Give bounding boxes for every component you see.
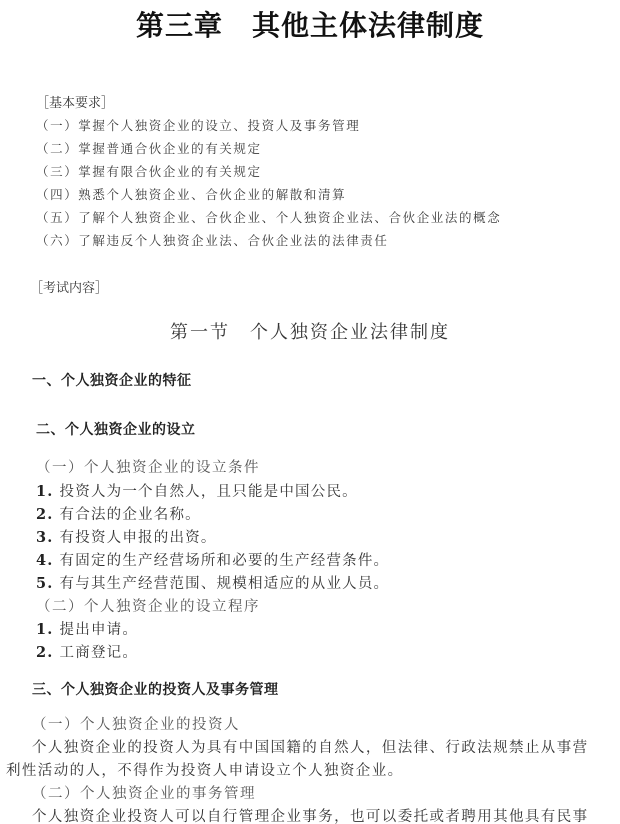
heading-establishment: 二、个人独资企业的设立	[36, 419, 196, 439]
condition-item-2: 2.有合法的企业名称。	[36, 503, 201, 524]
subheading-investor: （一）个人独资企业的投资人	[32, 713, 240, 734]
item-number: 1.	[36, 621, 54, 638]
chapter-title: 第三章 其他主体法律制度	[0, 4, 620, 44]
condition-item-4: 4.有固定的生产经营场所和必要的生产经营条件。	[36, 549, 389, 570]
subheading-affairs: （二）个人独资企业的事务管理	[32, 782, 256, 803]
condition-item-3: 3.有投资人申报的出资。	[36, 526, 217, 547]
investor-paragraph-line-1: 个人独资企业的投资人为具有中国国籍的自然人，但法律、行政法规禁止从事营	[32, 736, 589, 757]
item-text: 有与其生产经营范围、规模相适应的从业人员。	[60, 576, 390, 592]
requirement-item-3: （三）掌握有限合伙企业的有关规定	[36, 162, 262, 180]
requirement-item-2: （二）掌握普通合伙企业的有关规定	[36, 139, 262, 157]
item-number: 2.	[36, 644, 54, 661]
exam-content-heading: ［考试内容］	[30, 277, 108, 296]
requirement-item-1: （一）掌握个人独资企业的设立、投资人及事务管理	[36, 116, 360, 134]
item-number: 2.	[36, 506, 54, 523]
condition-item-5: 5.有与其生产经营范围、规模相适应的从业人员。	[36, 572, 389, 593]
item-number: 3.	[36, 529, 54, 546]
subheading-establishment-procedure: （二）个人独资企业的设立程序	[36, 595, 260, 616]
procedure-item-1: 1.提出申请。	[36, 618, 138, 639]
basic-requirements-heading: ［基本要求］	[36, 92, 114, 111]
requirement-item-4: （四）熟悉个人独资企业、合伙企业的解散和清算	[36, 185, 346, 203]
item-number: 5.	[36, 575, 54, 592]
heading-investor-affairs: 三、个人独资企业的投资人及事务管理	[32, 679, 279, 699]
item-text: 有合法的企业名称。	[60, 507, 201, 523]
requirement-item-5: （五）了解个人独资企业、合伙企业、个人独资企业法、合伙企业法的概念	[36, 208, 501, 226]
affairs-paragraph-line-1: 个人独资企业投资人可以自行管理企业事务，也可以委托或者聘用其他具有民事	[32, 805, 589, 824]
subheading-establishment-conditions: （一）个人独资企业的设立条件	[36, 456, 260, 477]
item-text: 工商登记。	[60, 645, 139, 661]
heading-characteristics: 一、个人独资企业的特征	[32, 370, 192, 390]
item-text: 有固定的生产经营场所和必要的生产经营条件。	[60, 553, 390, 569]
condition-item-1: 1.投资人为一个自然人，且只能是中国公民。	[36, 480, 358, 501]
section-title: 第一节 个人独资企业法律制度	[0, 318, 620, 344]
investor-paragraph-line-2: 利性活动的人，不得作为投资人申请设立个人独资企业。	[6, 759, 404, 780]
item-number: 1.	[36, 483, 54, 500]
item-text: 有投资人申报的出资。	[60, 530, 217, 546]
requirement-item-6: （六）了解违反个人独资企业法、合伙企业法的法律责任	[36, 231, 389, 249]
item-text: 提出申请。	[60, 622, 139, 638]
procedure-item-2: 2.工商登记。	[36, 641, 138, 662]
item-text: 投资人为一个自然人，且只能是中国公民。	[60, 484, 358, 500]
item-number: 4.	[36, 552, 54, 569]
